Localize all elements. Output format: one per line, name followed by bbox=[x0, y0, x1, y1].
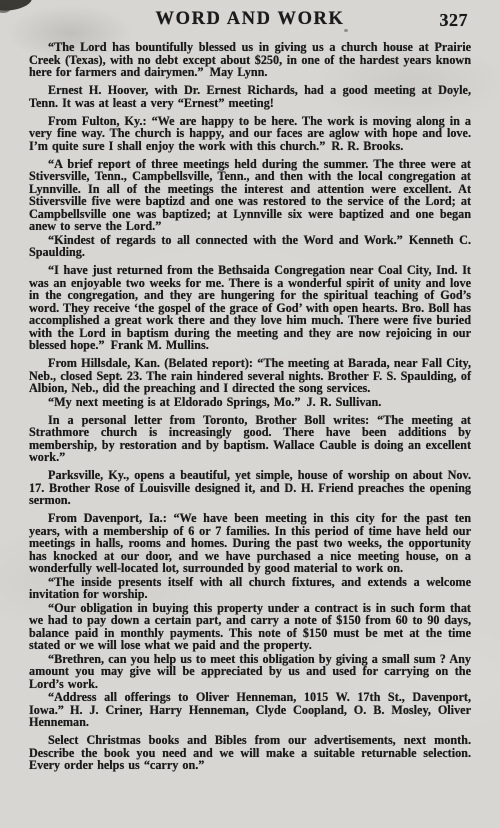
paragraph-davenport: From Davenport, Ia.: “We have been meeti… bbox=[29, 512, 471, 575]
paragraph-spaulding: “Kindest of regards to all connected wit… bbox=[29, 234, 471, 259]
paragraph-brethren: “Brethren, can you help us to meet this … bbox=[29, 653, 471, 691]
paragraph-hoover-doyle: Ernest H. Hoover, with Dr. Ernest Richar… bbox=[29, 84, 471, 109]
paragraph-toronto-boll: In a personal letter from Toronto, Broth… bbox=[29, 414, 471, 464]
paragraph-bethsaida: “I have just returned from the Bethsaida… bbox=[29, 264, 471, 352]
paragraph-sullivan: “My next meeting is at Eldorado Springs,… bbox=[29, 396, 471, 409]
magazine-page-scan: WORD AND WORK 327 “The Lord has bountifu… bbox=[0, 0, 500, 828]
paragraph-fulton-ky: From Fulton, Ky.: “We are happy to be he… bbox=[29, 115, 471, 153]
page-number: 327 bbox=[440, 10, 469, 31]
paragraph-parksville: Parksville, Ky., opens a beautiful, yet … bbox=[29, 469, 471, 507]
paragraph-prairie-creek: “The Lord has bountifully blessed us in … bbox=[29, 41, 471, 79]
paragraph-obligation: “Our obligation in buying this property … bbox=[29, 602, 471, 652]
publication-title: WORD AND WORK bbox=[0, 9, 500, 30]
paragraph-hillsdale: From Hillsdale, Kan. (Belated report): “… bbox=[29, 357, 471, 395]
page-header: WORD AND WORK 327 bbox=[0, 9, 500, 33]
paragraph-christmas-books: Select Christmas books and Bibles from o… bbox=[29, 734, 471, 772]
paragraph-offerings: “Address all offerings to Oliver Hennema… bbox=[29, 691, 471, 729]
article-body: “The Lord has bountifully blessed us in … bbox=[29, 41, 471, 772]
paragraph-three-meetings: “A brief report of three meetings held d… bbox=[29, 158, 471, 233]
paragraph-inside-fixtures: “The inside presents itself with all chu… bbox=[29, 576, 471, 601]
